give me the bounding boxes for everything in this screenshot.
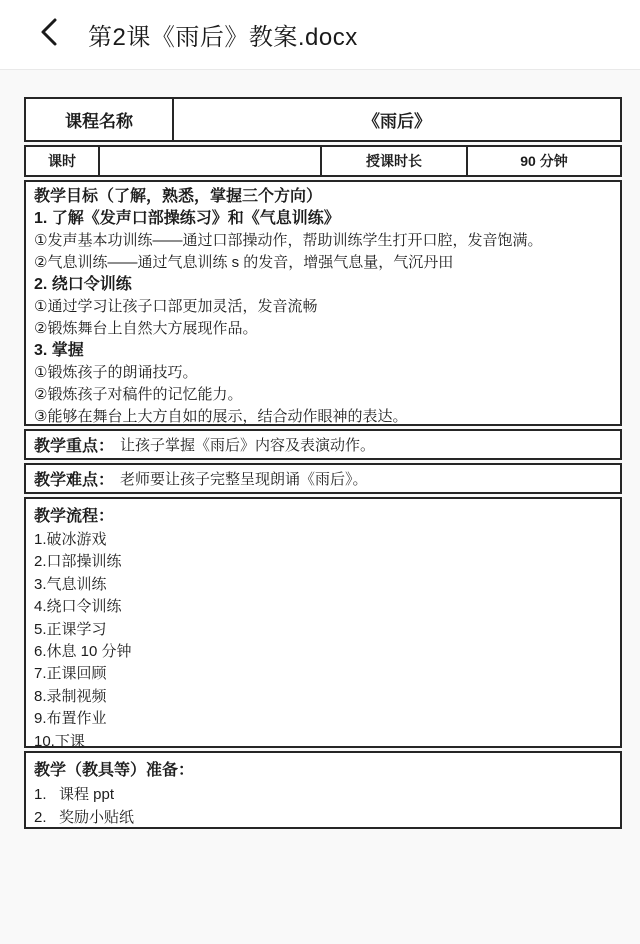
- difficulty-label: 教学难点：: [34, 467, 114, 490]
- objective-item: 1. 了解《发声口部操练习》和《气息训练》: [34, 208, 612, 230]
- chevron-left-icon: [39, 17, 59, 52]
- process-step: 6.休息 10 分钟: [34, 641, 612, 663]
- objective-item: ②气息训练——通过气息训练 s 的发音，增强气息量，气沉丹田: [34, 252, 612, 274]
- process-step: 4.绕口令训练: [34, 596, 612, 618]
- objectives-heading: 教学目标（了解，熟悉，掌握三个方向）: [34, 186, 612, 208]
- process-heading: 教学流程：: [34, 505, 612, 529]
- duration-label: 授课时长: [322, 147, 468, 175]
- process-step: 9.布置作业: [34, 708, 612, 730]
- period-label: 课时: [26, 147, 100, 175]
- preparation-heading: 教学（教具等）准备：: [34, 758, 612, 783]
- teaching-objectives-section: 教学目标（了解，熟悉，掌握三个方向） 1. 了解《发声口部操练习》和《气息训练》…: [24, 180, 622, 426]
- table-row-course-name: 课程名称 《雨后》: [24, 97, 622, 142]
- process-step: 8.录制视频: [34, 686, 612, 708]
- key-point-text: 让孩子掌握《雨后》内容及表演动作。: [120, 434, 375, 455]
- document-scroll-area[interactable]: 课程名称 《雨后》 课时 授课时长 90 分钟 教学目标（了解，熟悉，掌握三个方…: [0, 70, 640, 944]
- duration-value: 90 分钟: [468, 147, 620, 175]
- objective-item: ②锻炼孩子对稿件的记忆能力。: [34, 384, 612, 406]
- preparation-item-text: 奖励小贴纸: [59, 806, 134, 829]
- process-step: 7.正课回顾: [34, 663, 612, 685]
- preparation-item-number: 1.: [34, 783, 50, 806]
- period-value: [100, 147, 322, 175]
- process-step: 2.口部操训练: [34, 551, 612, 573]
- preparation-item-text: 课程 ppt: [59, 783, 114, 806]
- objective-item: ①发声基本功训练——通过口部操动作，帮助训练学生打开口腔，发音饱满。: [34, 230, 612, 252]
- difficulty-text: 老师要让孩子完整呈现朗诵《雨后》。: [120, 468, 368, 489]
- objective-item: ②锻炼舞台上自然大方展现作品。: [34, 318, 612, 340]
- table-row-period: 课时 授课时长 90 分钟: [24, 145, 622, 177]
- preparation-section: 教学（教具等）准备： 1. 课程 ppt 2. 奖励小贴纸: [24, 751, 622, 829]
- back-button[interactable]: [34, 18, 64, 52]
- objective-item: ①锻炼孩子的朗诵技巧。: [34, 362, 612, 384]
- process-step: 5.正课学习: [34, 619, 612, 641]
- objective-item: 3. 掌握: [34, 340, 612, 362]
- objective-item: ③能够在舞台上大方自如的展示，结合动作眼神的表达。: [34, 406, 612, 428]
- process-step: 10.下课: [34, 731, 612, 753]
- key-point-label: 教学重点：: [34, 433, 114, 456]
- preparation-item: 1. 课程 ppt: [34, 783, 612, 806]
- preparation-item-number: 2.: [34, 806, 50, 829]
- preparation-item: 2. 奖励小贴纸: [34, 806, 612, 829]
- course-name-value: 《雨后》: [174, 99, 620, 140]
- objective-item: ①通过学习让孩子口部更加灵活，发音流畅: [34, 296, 612, 318]
- document-title: 第2课《雨后》教案.docx: [88, 17, 358, 52]
- difficulty-row: 教学难点： 老师要让孩子完整呈现朗诵《雨后》。: [24, 463, 622, 494]
- app-bar: 第2课《雨后》教案.docx: [0, 0, 640, 70]
- teaching-process-section: 教学流程： 1.破冰游戏 2.口部操训练 3.气息训练 4.绕口令训练 5.正课…: [24, 497, 622, 748]
- objective-item: 2. 绕口令训练: [34, 274, 612, 296]
- key-point-row: 教学重点： 让孩子掌握《雨后》内容及表演动作。: [24, 429, 622, 460]
- course-name-label: 课程名称: [26, 99, 174, 140]
- process-step: 3.气息训练: [34, 574, 612, 596]
- process-step: 1.破冰游戏: [34, 529, 612, 551]
